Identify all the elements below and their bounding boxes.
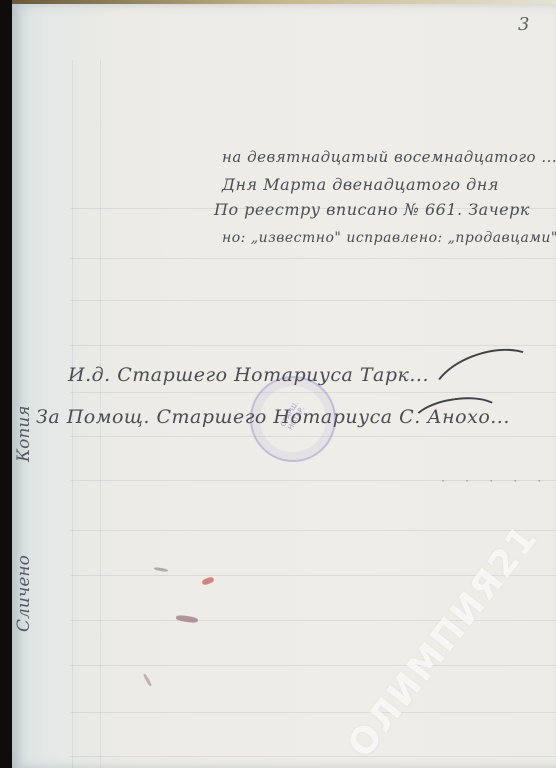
ruled-line xyxy=(70,258,556,259)
ruled-line xyxy=(70,756,556,757)
ruled-line xyxy=(70,300,556,301)
body-line-1: на девятнадцатый восемнадцатого ... xyxy=(222,148,556,166)
ink-specks: · · · · · xyxy=(440,476,548,487)
signature-line-1: И.д. Старшего Нотариуса Тарк... xyxy=(68,364,429,386)
body-line-4: но: „известно" исправлено: „продавцами" xyxy=(222,230,556,246)
margin-note-copy: Копия xyxy=(14,405,34,462)
ruled-line xyxy=(70,712,556,713)
page-number: 3 xyxy=(518,14,530,35)
ruled-line xyxy=(70,665,556,666)
ruled-line xyxy=(70,530,556,531)
body-line-2: Дня Марта двенадцатого дня xyxy=(222,175,499,194)
ruled-line xyxy=(70,345,556,346)
body-line-3: По реестру вписано № 661. Зачерк xyxy=(214,200,530,219)
margin-note-verified: Сличено xyxy=(14,555,34,632)
